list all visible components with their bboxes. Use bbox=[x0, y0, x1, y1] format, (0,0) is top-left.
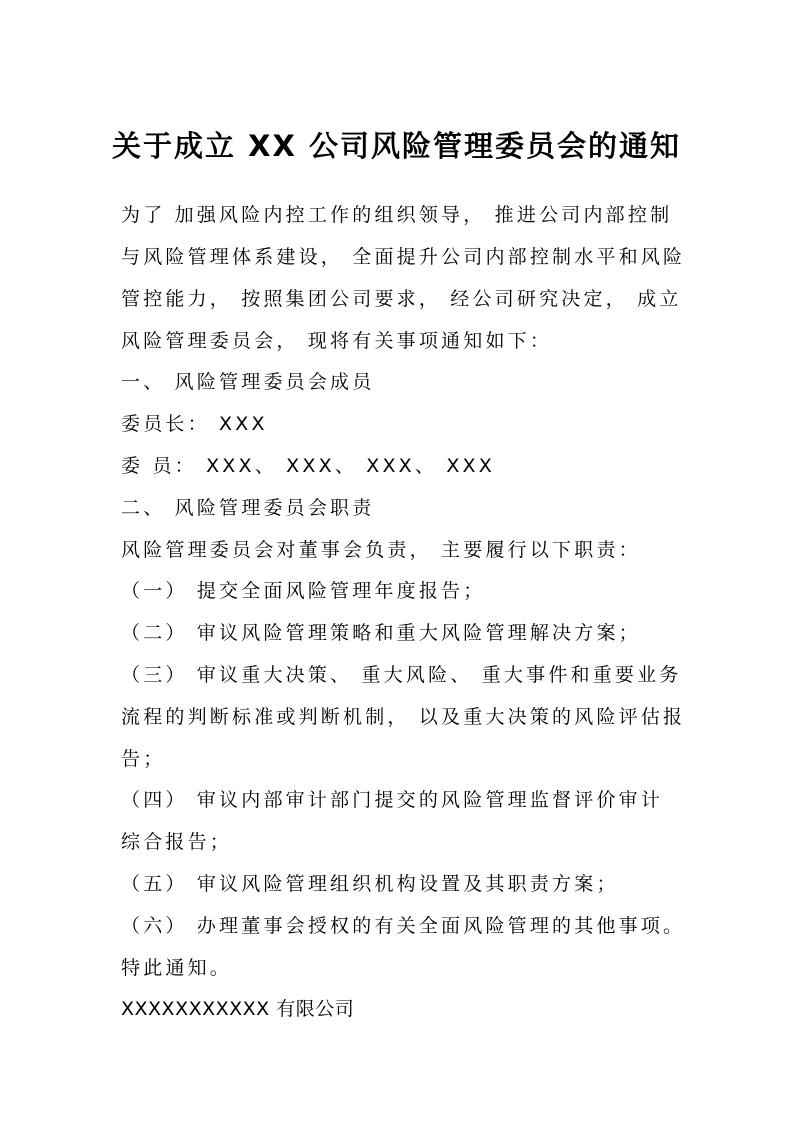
duty-item-4: （四） 审议内部审计部门提交的风险管理监督评价审计 bbox=[121, 785, 663, 812]
duty-item-3-cont: 流程的判断标准或判断机制， 以及重大决策的风险评估报 bbox=[121, 702, 685, 729]
duty-item-1: （一） 提交全面风险管理年度报告； bbox=[121, 576, 485, 603]
paragraph-line: 为了 加强风险内控工作的组织领导， 推进公司内部控制 bbox=[121, 200, 672, 227]
duty-item-3: （三） 审议重大决策、 重大风险、 重大事件和重要业务 bbox=[121, 660, 682, 687]
paragraph-line: 与风险管理体系建设， 全面提升公司内部控制水平和风险 bbox=[121, 242, 685, 269]
duty-item-6: （六） 办理董事会授权的有关全面风险管理的其他事项。 bbox=[121, 911, 685, 938]
closing-line: 特此通知。 bbox=[121, 953, 232, 980]
duty-item-2: （二） 审议风险管理策略和重大风险管理解决方案； bbox=[121, 618, 641, 645]
duty-item-5: （五） 审议风险管理组织机构设置及其职责方案； bbox=[121, 869, 619, 896]
company-signature: XXXXXXXXXXX 有限公司 bbox=[121, 994, 354, 1021]
duty-item-3-cont: 告； bbox=[121, 744, 165, 771]
document-title: 关于成立 XX 公司风险管理委员会的通知 bbox=[0, 124, 793, 165]
paragraph-line: 风险管理委员会对董事会负责， 主要履行以下职责： bbox=[121, 535, 641, 562]
paragraph-line: 风险管理委员会， 现将有关事项通知如下： bbox=[121, 326, 552, 353]
chairman-line: 委员长： XXX bbox=[121, 409, 268, 436]
duty-item-4-cont: 综合报告； bbox=[121, 827, 232, 854]
paragraph-line: 管控能力， 按照集团公司要求， 经公司研究决定， 成立 bbox=[121, 284, 682, 311]
section-heading-members: 一、 风险管理委员会成员 bbox=[121, 367, 374, 394]
section-heading-duties: 二、 风险管理委员会职责 bbox=[121, 493, 374, 520]
members-line: 委 员： XXX、 XXX、 XXX、 XXX bbox=[121, 451, 495, 478]
